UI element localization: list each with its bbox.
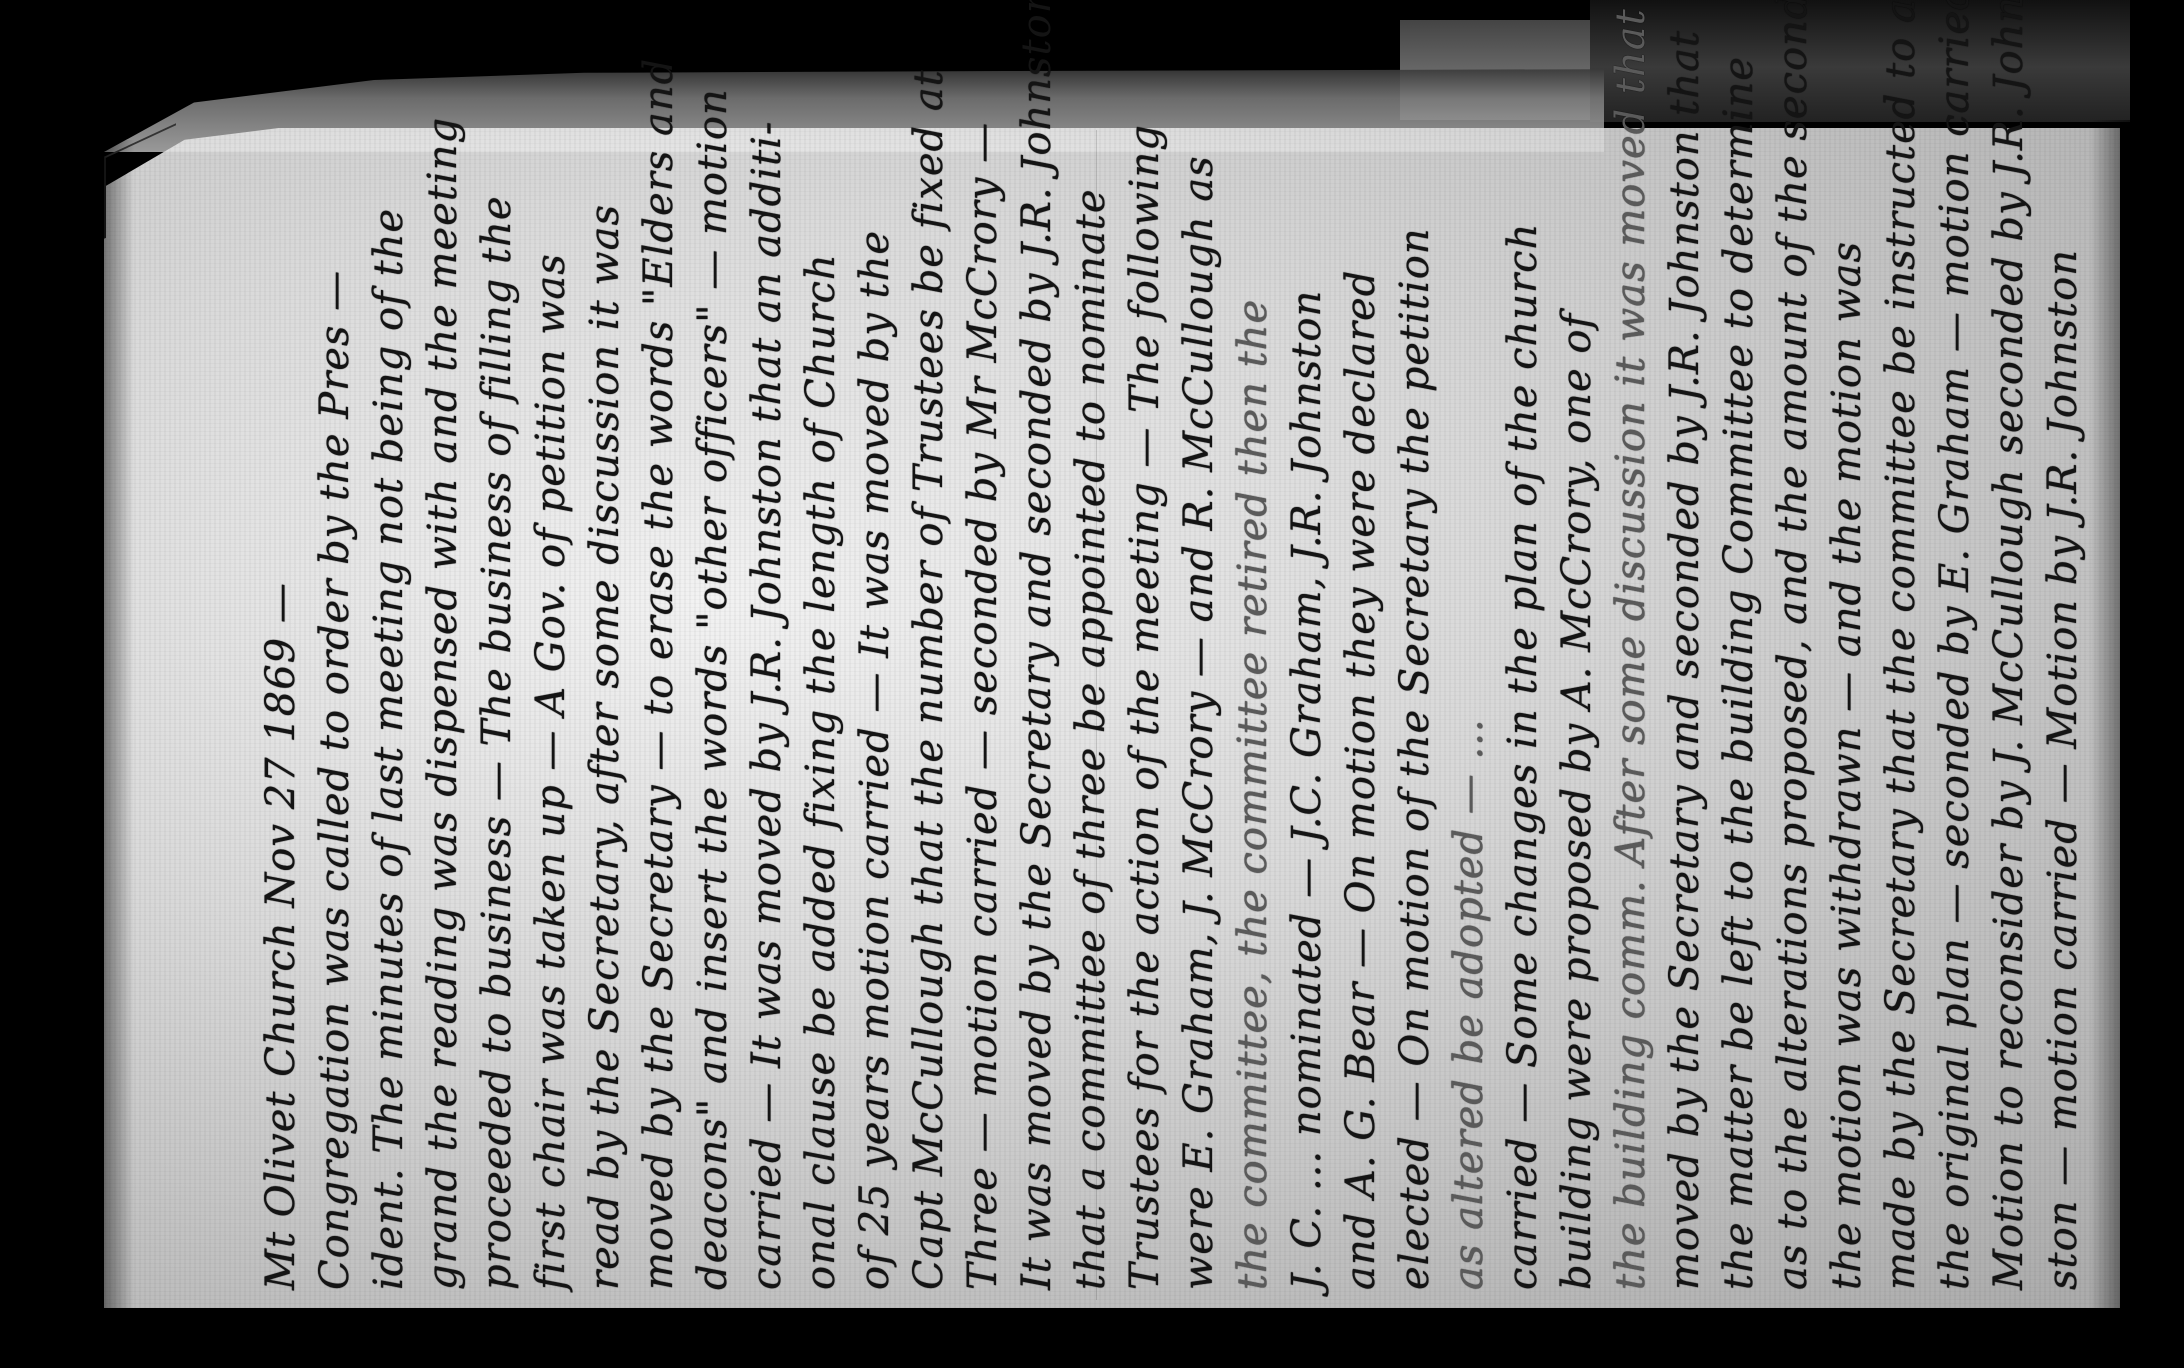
text-line: as to the alterations proposed, and the … bbox=[1770, 0, 1816, 1290]
page-shadow-right bbox=[2090, 120, 2130, 1310]
text-line: the matter be left to the building Commi… bbox=[1716, 56, 1762, 1290]
text-line: the committee, the committee retired the… bbox=[1230, 299, 1276, 1290]
text-line-heading: Mt Olivet Church Nov 27 1869 — bbox=[258, 582, 304, 1290]
text-line: moved by the Secretary and seconded by J… bbox=[1662, 30, 1708, 1290]
text-line: elected — On motion of the Secretary the… bbox=[1392, 227, 1438, 1290]
text-line: onal clause be added fixing the length o… bbox=[798, 253, 844, 1290]
text-line: grand the reading was dispensed with and… bbox=[420, 117, 466, 1290]
text-line: deacons" and insert the words "other off… bbox=[690, 88, 736, 1290]
text-line: Trustees for the action of the meeting —… bbox=[1122, 124, 1168, 1290]
text-line: were E. Graham, J. McCrory — and R. McCu… bbox=[1176, 155, 1222, 1290]
text-line: carried — Some changes in the plan of th… bbox=[1500, 223, 1546, 1290]
text-line: ston — motion carried — Motion by J.R. J… bbox=[2040, 249, 2086, 1290]
text-line: Three — motion carried — seconded by Mr … bbox=[960, 122, 1006, 1290]
text-line: the building comm. After some discussion… bbox=[1608, 8, 1654, 1290]
text-line: read by the Secretary, after some discus… bbox=[582, 204, 628, 1290]
text-line: of 25 years motion carried — It was move… bbox=[852, 230, 898, 1290]
text-line: as altered be adopted — ... bbox=[1446, 718, 1492, 1290]
text-line: the original plan — seconded by E. Graha… bbox=[1932, 0, 1978, 1290]
text-line: ident. The minutes of last meeting not b… bbox=[366, 208, 412, 1290]
text-line: Capt McCullough that the number of Trust… bbox=[906, 69, 952, 1290]
text-line: building were proposed by A. McCrory, on… bbox=[1554, 313, 1600, 1290]
text-line: moved by the Secretary — to erase the wo… bbox=[636, 58, 682, 1290]
page-shadow-left bbox=[104, 140, 134, 1310]
text-line: Motion to reconsider by J. McCullough se… bbox=[1986, 0, 2032, 1290]
text-line: Congregation was called to order by the … bbox=[312, 270, 358, 1290]
text-line: carried — It was moved by J.R. Johnston … bbox=[744, 121, 790, 1290]
text-line: and A. G. Bear — On motion they were dec… bbox=[1338, 270, 1384, 1290]
text-line: It was moved by the Secretary and second… bbox=[1014, 0, 1060, 1290]
text-line: that a committee of three be appointed t… bbox=[1068, 188, 1114, 1290]
microfilm-scan: Mt Olivet Church Nov 27 1869 — Congregat… bbox=[0, 0, 2184, 1368]
text-line: first chair was taken up — A Gov. of pet… bbox=[528, 253, 574, 1290]
text-line: proceeded to business — The business of … bbox=[474, 195, 520, 1290]
text-line: the motion was withdrawn — and the motio… bbox=[1824, 241, 1870, 1290]
text-line: made by the Secretary that the committee… bbox=[1878, 0, 1924, 1290]
text-line: J. C. ... nominated — J.C. Graham, J.R. … bbox=[1284, 290, 1330, 1290]
